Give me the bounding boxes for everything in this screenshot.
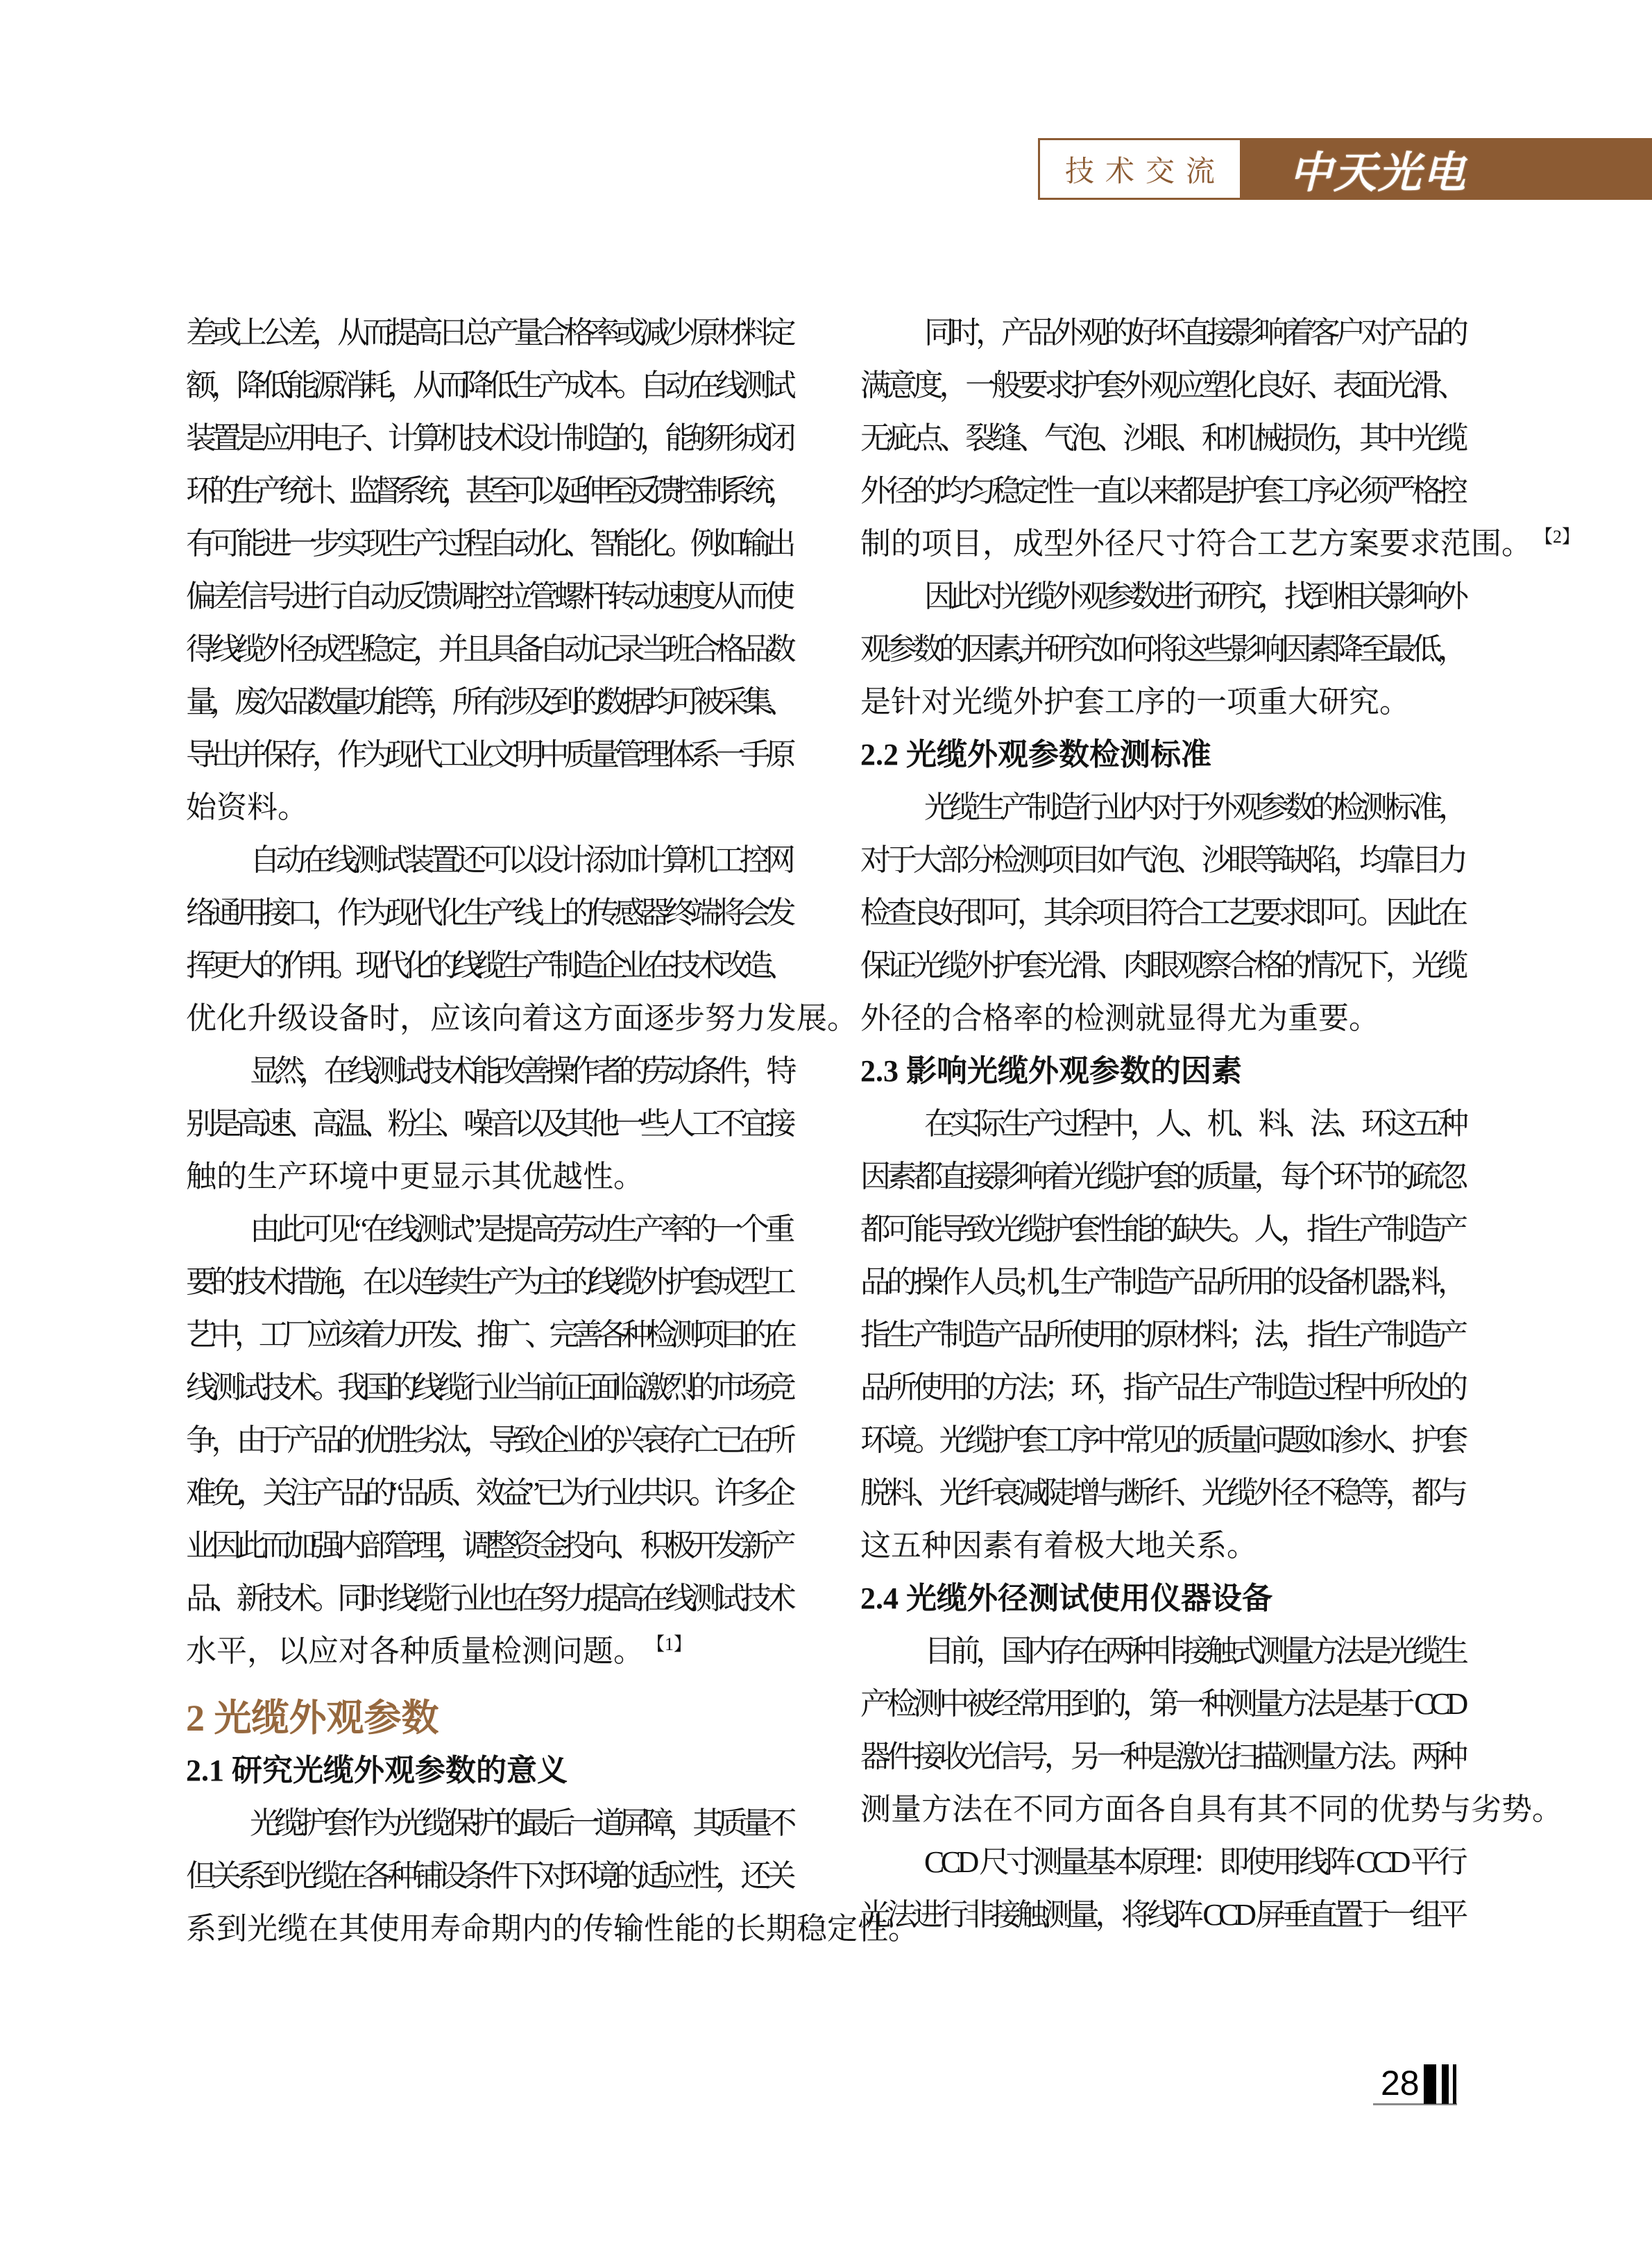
text-line: 光缆护套作为光缆保护的最后一道屏障，其质量不 — [186, 1797, 791, 1850]
text-line: 但关系到光缆在各种铺设条件下对环境的适应性，还关 — [186, 1850, 791, 1903]
text-run: 业因此而加强内部管理，调整资金投向、 积极开发新产 — [186, 1520, 791, 1572]
text-line: 络通用接口，作为现代化生产线上的传感器终端将会发 — [186, 887, 791, 940]
sub-heading: 2.1 研究光缆外观参数的意义 — [186, 1744, 791, 1797]
text-line: CCD 尺寸测量基本原理：即使用线阵 CCD 平行 — [860, 1836, 1464, 1889]
text-line: 这五种因素有着极大地关系。 — [860, 1520, 1464, 1572]
page-number: 28 — [1381, 2064, 1420, 2103]
text-run: 2.3 影响光缆外观参数的因素 — [860, 1054, 1242, 1088]
text-run: 都可能导致光缆护套性能的缺失。人，指生产制造产 — [860, 1203, 1464, 1256]
text-line: 挥更大的作用。现代化的线缆生产制造企业在技术改造、 — [186, 940, 791, 992]
text-run: 始资料。 — [186, 781, 308, 834]
text-run: 量，废次品数量功能等，所有涉及到的数据均可被采集、 — [186, 676, 791, 729]
column-tag-box: 技术交流 — [1038, 138, 1242, 200]
text-run: 显然，在线测试技术能改善操作者的劳动条件，特 — [250, 1045, 791, 1098]
text-run: 系到光缆在其使用寿命期内的传输性能的长期稳定性。 — [186, 1903, 919, 1955]
text-line: 业因此而加强内部管理，调整资金投向、 积极开发新产 — [186, 1520, 791, 1572]
text-line: 水平，以应对各种质量检测问题。【1】 — [186, 1625, 791, 1678]
citation-ref: 【2】 — [1535, 527, 1580, 547]
text-line: 目前，国内存在两种非接触式测量方法是光缆生 — [860, 1625, 1464, 1678]
text-line: 产检测中被经常用到的，第一种测量方法是基于 CCD — [860, 1678, 1464, 1731]
text-run: 测量方法在不同方面各自具有其不同的优势与劣势。 — [860, 1783, 1562, 1836]
footer-bar — [1442, 2064, 1449, 2104]
text-run: 光法进行非接触测量，将线阵 CCD 屏垂直置于一组平 — [860, 1889, 1464, 1942]
text-line: 器件接收光信号，另一种是激光扫描测量方法。两种 — [860, 1731, 1464, 1783]
sub-heading: 2.2 光缆外观参数检测标准 — [860, 729, 1464, 781]
section-heading: 2 光缆外观参数 — [186, 1692, 791, 1744]
text-run: 但关系到光缆在各种铺设条件下对环境的适应性，还关 — [186, 1850, 791, 1903]
footer-bar — [1453, 2064, 1456, 2104]
text-run: 络通用接口，作为现代化生产线上的传感器终端将会发 — [186, 887, 791, 940]
text-run: 观参数的因素,并研究如何将这些影响因素降至最低， — [860, 623, 1464, 676]
text-line: 都可能导致光缆护套性能的缺失。人，指生产制造产 — [860, 1203, 1464, 1256]
text-run: 有可能进一步实现生产过程自动化、智能化。例如输出 — [186, 518, 791, 570]
text-run: 偏差信号进行自动反馈调控拉管螺杆转动速度从而使 — [186, 570, 791, 623]
sub-heading: 2.3 影响光缆外观参数的因素 — [860, 1045, 1464, 1098]
text-run: 这五种因素有着极大地关系。 — [860, 1520, 1257, 1572]
text-run: 得线缆外径成型稳定，并且具备自动记录当班合格品数 — [186, 623, 791, 676]
text-run: 因此对光缆外观参数进行研究，找到相关影响外 — [924, 570, 1464, 623]
text-line: 测量方法在不同方面各自具有其不同的优势与劣势。 — [860, 1783, 1464, 1836]
text-run: 保证光缆外护套光滑、肉眼观察合格的情况下，光缆 — [860, 940, 1464, 992]
text-run: 环的生产统计、监督系统，甚至可以延伸至反馈控制系统， — [186, 465, 791, 518]
text-line: 保证光缆外护套光滑、肉眼观察合格的情况下，光缆 — [860, 940, 1464, 992]
text-run: 同时，产品外观的好坏直接影响着客户对产品的 — [924, 307, 1464, 359]
text-line: 偏差信号进行自动反馈调控拉管螺杆转动速度从而使 — [186, 570, 791, 623]
text-run: 在实际生产过程中，人、机、料、法、环这五种 — [924, 1098, 1464, 1150]
text-line: 得线缆外径成型稳定，并且具备自动记录当班合格品数 — [186, 623, 791, 676]
text-run: 2.1 研究光缆外观参数的意义 — [186, 1753, 568, 1787]
text-line: 同时，产品外观的好坏直接影响着客户对产品的 — [860, 307, 1464, 359]
text-line: 由此可见“在线测试”是提高劳动生产率的一个重 — [186, 1203, 791, 1256]
brand-logo: 中天光电 — [1288, 138, 1468, 200]
text-run: 检查良好即可，其余项目符合工艺要求即可。 因此在 — [860, 887, 1464, 940]
text-run: 品所使用的方法；环，指产品生产制造过程中所处的 — [860, 1361, 1464, 1414]
text-line: 装置是应用电子、计算机技术设计制造的，能够形成闭 — [186, 412, 791, 465]
text-line: 有可能进一步实现生产过程自动化、智能化。例如输出 — [186, 518, 791, 570]
text-run: 对于大部分检测项目如气泡、沙眼等缺陷，均靠目力 — [860, 834, 1464, 887]
footer-bar — [1424, 2064, 1436, 2104]
text-line: 系到光缆在其使用寿命期内的传输性能的长期稳定性。 — [186, 1903, 791, 1955]
text-run: 制的项目，成型外径尺寸符合工艺方案要求范围。 — [860, 518, 1532, 570]
text-line: 无疵点、裂缝、气泡、沙眼、和机械损伤，其中光缆 — [860, 412, 1464, 465]
text-run: 装置是应用电子、计算机技术设计制造的，能够形成闭 — [186, 412, 791, 465]
text-run: 额，降低能源消耗，从而降低生产成本。自动在线测试 — [186, 359, 791, 412]
document-page: 技术交流 中天光电 差或上公差，从而提高日总产量合格率或减少原材料定额，降低能源… — [0, 0, 1652, 2242]
text-line: 品的操作人员; 机, 生产制造产品所用的设备机器; 料， — [860, 1256, 1464, 1309]
text-line: 对于大部分检测项目如气泡、沙眼等缺陷，均靠目力 — [860, 834, 1464, 887]
sub-heading: 2.4 光缆外径测试使用仪器设备 — [860, 1572, 1464, 1625]
text-line: 难免，关注产品的“品质、效益”已为行业共识。许多企 — [186, 1467, 791, 1520]
text-run: 导出并保存，作为现代工业文明中质量管理体系一手原 — [186, 729, 791, 781]
citation-ref: 【1】 — [647, 1634, 692, 1654]
text-run: 光缆护套作为光缆保护的最后一道屏障，其质量不 — [250, 1797, 791, 1850]
text-run: 争，由于产品的优胜劣汰，导致企业的兴衰存亡已在所 — [186, 1414, 791, 1467]
text-line: 满意度，一般要求护套外观应塑化良好、表面光滑、 — [860, 359, 1464, 412]
text-line: 光法进行非接触测量，将线阵 CCD 屏垂直置于一组平 — [860, 1889, 1464, 1942]
text-line: 是针对光缆外护套工序的一项重大研究。 — [860, 676, 1464, 729]
text-run: 线测试技术。我国的线缆行业当前正面临激烈的市场竞 — [186, 1361, 791, 1414]
text-run: 指生产制造产品所使用的原材料；法，指生产制造产 — [860, 1309, 1464, 1361]
text-line: 优化升级设备时，应该向着这方面逐步努力发展。 — [186, 992, 791, 1045]
text-line: 线测试技术。我国的线缆行业当前正面临激烈的市场竞 — [186, 1361, 791, 1414]
text-line: 要的技术措施，在以连续生产为主的线缆外护套成型工 — [186, 1256, 791, 1309]
text-run: 难免，关注产品的“品质、效益”已为行业共识。许多企 — [186, 1467, 791, 1520]
text-run: 别是高速、高温、粉尘、噪音以及其他一些人工不宜接 — [186, 1098, 791, 1150]
text-line: 制的项目，成型外径尺寸符合工艺方案要求范围。【2】 — [860, 518, 1464, 570]
text-run: 光缆生产制造行业内对于外观参数的检测标准， — [924, 781, 1464, 834]
text-run: 满意度，一般要求护套外观应塑化良好、表面光滑、 — [860, 359, 1464, 412]
text-run: 器件接收光信号，另一种是激光扫描测量方法。两种 — [860, 1731, 1464, 1783]
text-line: 自动在线测试装置还可以设计添加计算机工控网 — [186, 834, 791, 887]
text-line: 在实际生产过程中，人、机、料、法、环这五种 — [860, 1098, 1464, 1150]
text-line: 品、新技术。同时线缆行业也在努力提高在线测试技术 — [186, 1572, 791, 1625]
text-run: CCD 尺寸测量基本原理：即使用线阵 CCD 平行 — [924, 1836, 1464, 1889]
text-run: 2.4 光缆外径测试使用仪器设备 — [860, 1581, 1272, 1615]
text-line: 观参数的因素,并研究如何将这些影响因素降至最低， — [860, 623, 1464, 676]
text-run: 自动在线测试装置还可以设计添加计算机工控网 — [250, 834, 791, 887]
right-text-column: 同时，产品外观的好坏直接影响着客户对产品的满意度，一般要求护套外观应塑化良好、表… — [860, 307, 1464, 1942]
text-run: 优化升级设备时，应该向着这方面逐步努力发展。 — [186, 992, 858, 1045]
text-line: 环的生产统计、监督系统，甚至可以延伸至反馈控制系统， — [186, 465, 791, 518]
text-run: 产检测中被经常用到的，第一种测量方法是基于 CCD — [860, 1678, 1464, 1731]
text-line: 检查良好即可，其余项目符合工艺要求即可。 因此在 — [860, 887, 1464, 940]
text-line: 因此对光缆外观参数进行研究，找到相关影响外 — [860, 570, 1464, 623]
text-run: 艺中，工厂应该着力开发、推广、完善各种检测项目的在 — [186, 1309, 791, 1361]
column-tag-label: 技术交流 — [1054, 148, 1226, 190]
text-line: 差或上公差，从而提高日总产量合格率或减少原材料定 — [186, 307, 791, 359]
text-run: 目前，国内存在两种非接触式测量方法是光缆生 — [924, 1625, 1464, 1678]
text-line: 光缆生产制造行业内对于外观参数的检测标准， — [860, 781, 1464, 834]
text-run: 品的操作人员; 机, 生产制造产品所用的设备机器; 料， — [860, 1256, 1464, 1309]
text-run: 是针对光缆外护套工序的一项重大研究。 — [860, 676, 1410, 729]
text-line: 品所使用的方法；环，指产品生产制造过程中所处的 — [860, 1361, 1464, 1414]
text-line: 外径的均匀稳定性一直以来都是护套工序必须严格控 — [860, 465, 1464, 518]
text-line: 始资料。 — [186, 781, 791, 834]
text-line: 触的生产环境中更显示其优越性。 — [186, 1150, 791, 1203]
text-line: 脱料、光纤衰减陡增与断纤、光缆外径不稳等，都与 — [860, 1467, 1464, 1520]
text-line: 因素都直接影响着光缆护套的质量，每个环节的疏忽 — [860, 1150, 1464, 1203]
text-line: 指生产制造产品所使用的原材料；法，指生产制造产 — [860, 1309, 1464, 1361]
text-line: 争，由于产品的优胜劣汰，导致企业的兴衰存亡已在所 — [186, 1414, 791, 1467]
text-run: 差或上公差，从而提高日总产量合格率或减少原材料定 — [186, 307, 791, 359]
text-run: 2 光缆外观参数 — [186, 1697, 439, 1739]
text-line: 环境。光缆护套工序中常见的质量问题如渗水、护套 — [860, 1414, 1464, 1467]
text-run: 外径的均匀稳定性一直以来都是护套工序必须严格控 — [860, 465, 1464, 518]
text-run: 挥更大的作用。现代化的线缆生产制造企业在技术改造、 — [186, 940, 791, 992]
text-run: 因素都直接影响着光缆护套的质量，每个环节的疏忽 — [860, 1150, 1464, 1203]
text-line: 量，废次品数量功能等，所有涉及到的数据均可被采集、 — [186, 676, 791, 729]
text-line: 外径的合格率的检测就显得尤为重要。 — [860, 992, 1464, 1045]
text-run: 水平，以应对各种质量检测问题。 — [186, 1625, 644, 1678]
text-run: 外径的合格率的检测就显得尤为重要。 — [860, 992, 1379, 1045]
text-run: 无疵点、裂缝、气泡、沙眼、和机械损伤，其中光缆 — [860, 412, 1464, 465]
text-run: 环境。光缆护套工序中常见的质量问题如渗水、护套 — [860, 1414, 1464, 1467]
text-line: 别是高速、高温、粉尘、噪音以及其他一些人工不宜接 — [186, 1098, 791, 1150]
text-run: 要的技术措施，在以连续生产为主的线缆外护套成型工 — [186, 1256, 791, 1309]
left-text-column: 差或上公差，从而提高日总产量合格率或减少原材料定额，降低能源消耗，从而降低生产成… — [186, 307, 791, 1955]
text-line: 导出并保存，作为现代工业文明中质量管理体系一手原 — [186, 729, 791, 781]
text-line: 额，降低能源消耗，从而降低生产成本。自动在线测试 — [186, 359, 791, 412]
text-line: 艺中，工厂应该着力开发、推广、完善各种检测项目的在 — [186, 1309, 791, 1361]
text-line: 显然，在线测试技术能改善操作者的劳动条件，特 — [186, 1045, 791, 1098]
text-run: 品、新技术。同时线缆行业也在努力提高在线测试技术 — [186, 1572, 791, 1625]
text-run: 由此可见“在线测试”是提高劳动生产率的一个重 — [250, 1203, 791, 1256]
text-run: 触的生产环境中更显示其优越性。 — [186, 1150, 644, 1203]
text-run: 2.2 光缆外观参数检测标准 — [860, 738, 1211, 772]
text-run: 脱料、光纤衰减陡增与断纤、光缆外径不稳等，都与 — [860, 1467, 1464, 1520]
